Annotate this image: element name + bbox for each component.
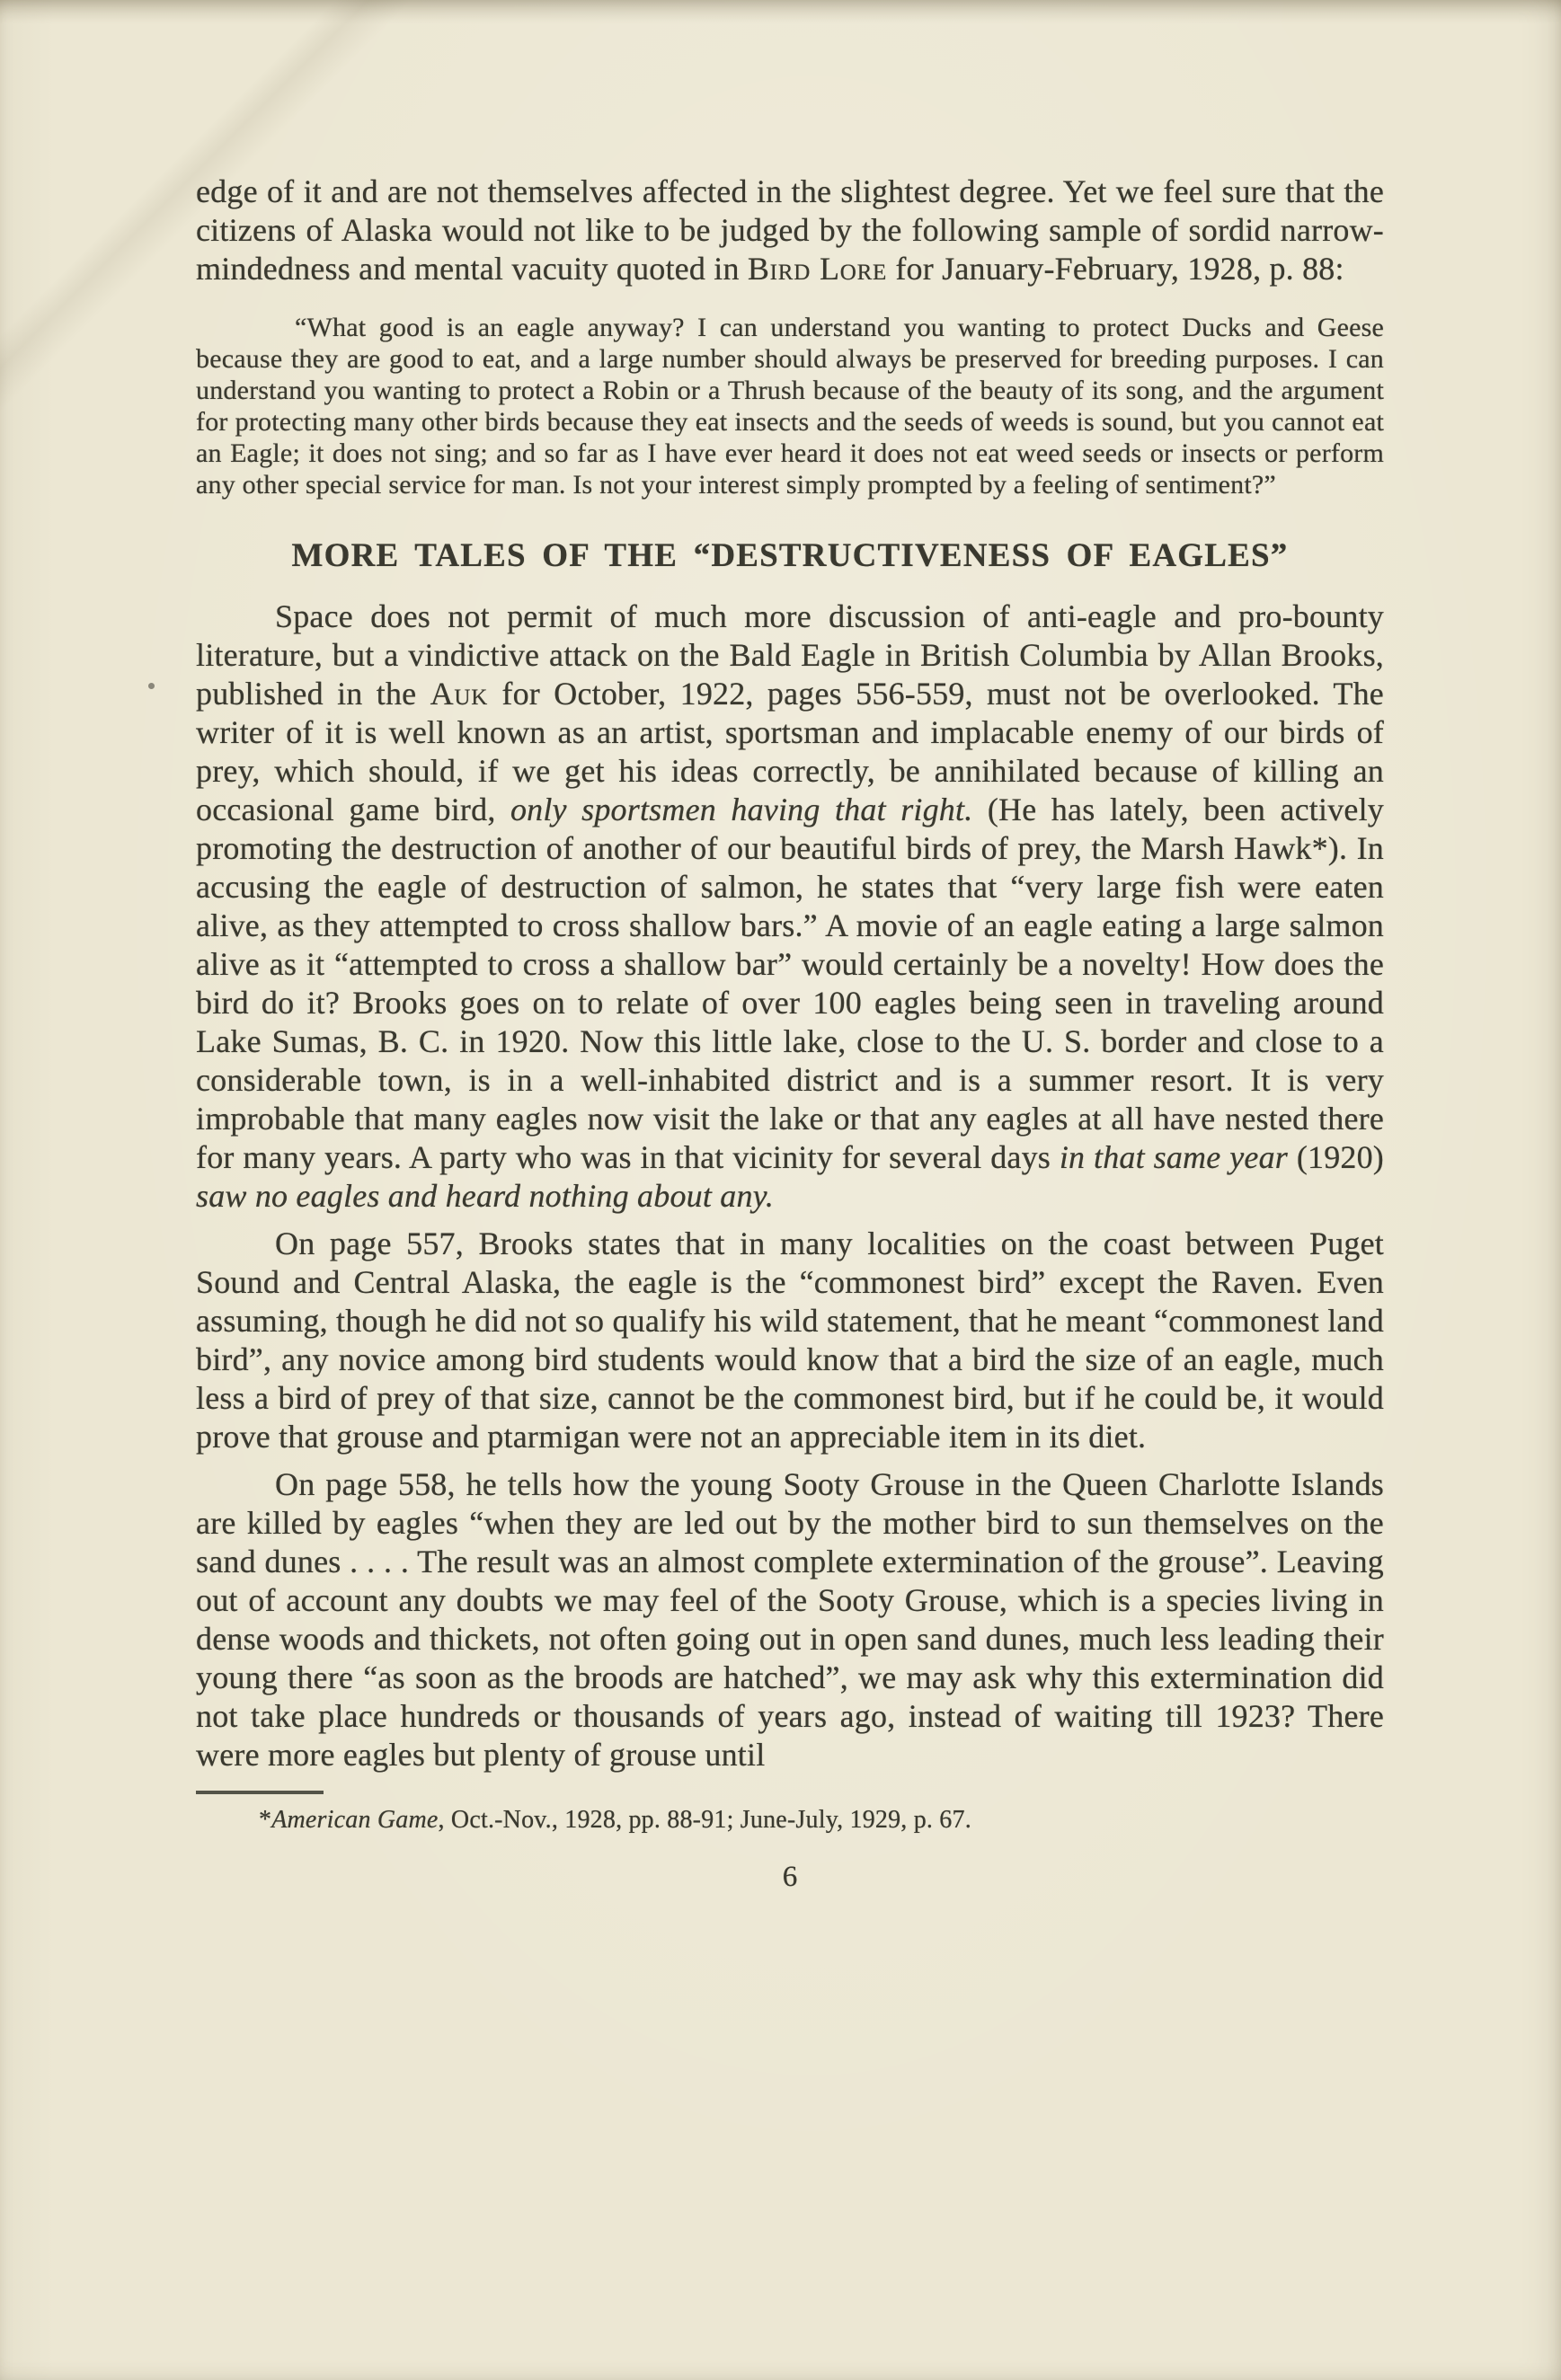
intro-paragraph: edge of it and are not themselves affect… [196, 173, 1384, 288]
body-paragraph-1: Space does not permit of much more discu… [196, 597, 1384, 1216]
page-number: 6 [196, 1861, 1384, 1894]
body-paragraph-3: On page 558, he tells how the young Soot… [196, 1465, 1384, 1774]
text-block: edge of it and are not themselves affect… [196, 173, 1384, 1894]
body-paragraph-2: On page 557, Brooks states that in many … [196, 1225, 1384, 1456]
block-quote: “What good is an eagle anyway? I can und… [196, 312, 1384, 500]
footnote-rule [196, 1791, 324, 1794]
section-heading: MORE TALES OF THE “DESTRUCTIVENESS OF EA… [196, 536, 1384, 576]
footnote: *American Game, Oct.-Nov., 1928, pp. 88-… [196, 1805, 1384, 1836]
scanned-page: edge of it and are not themselves affect… [0, 0, 1561, 2380]
ink-speck [148, 683, 155, 689]
